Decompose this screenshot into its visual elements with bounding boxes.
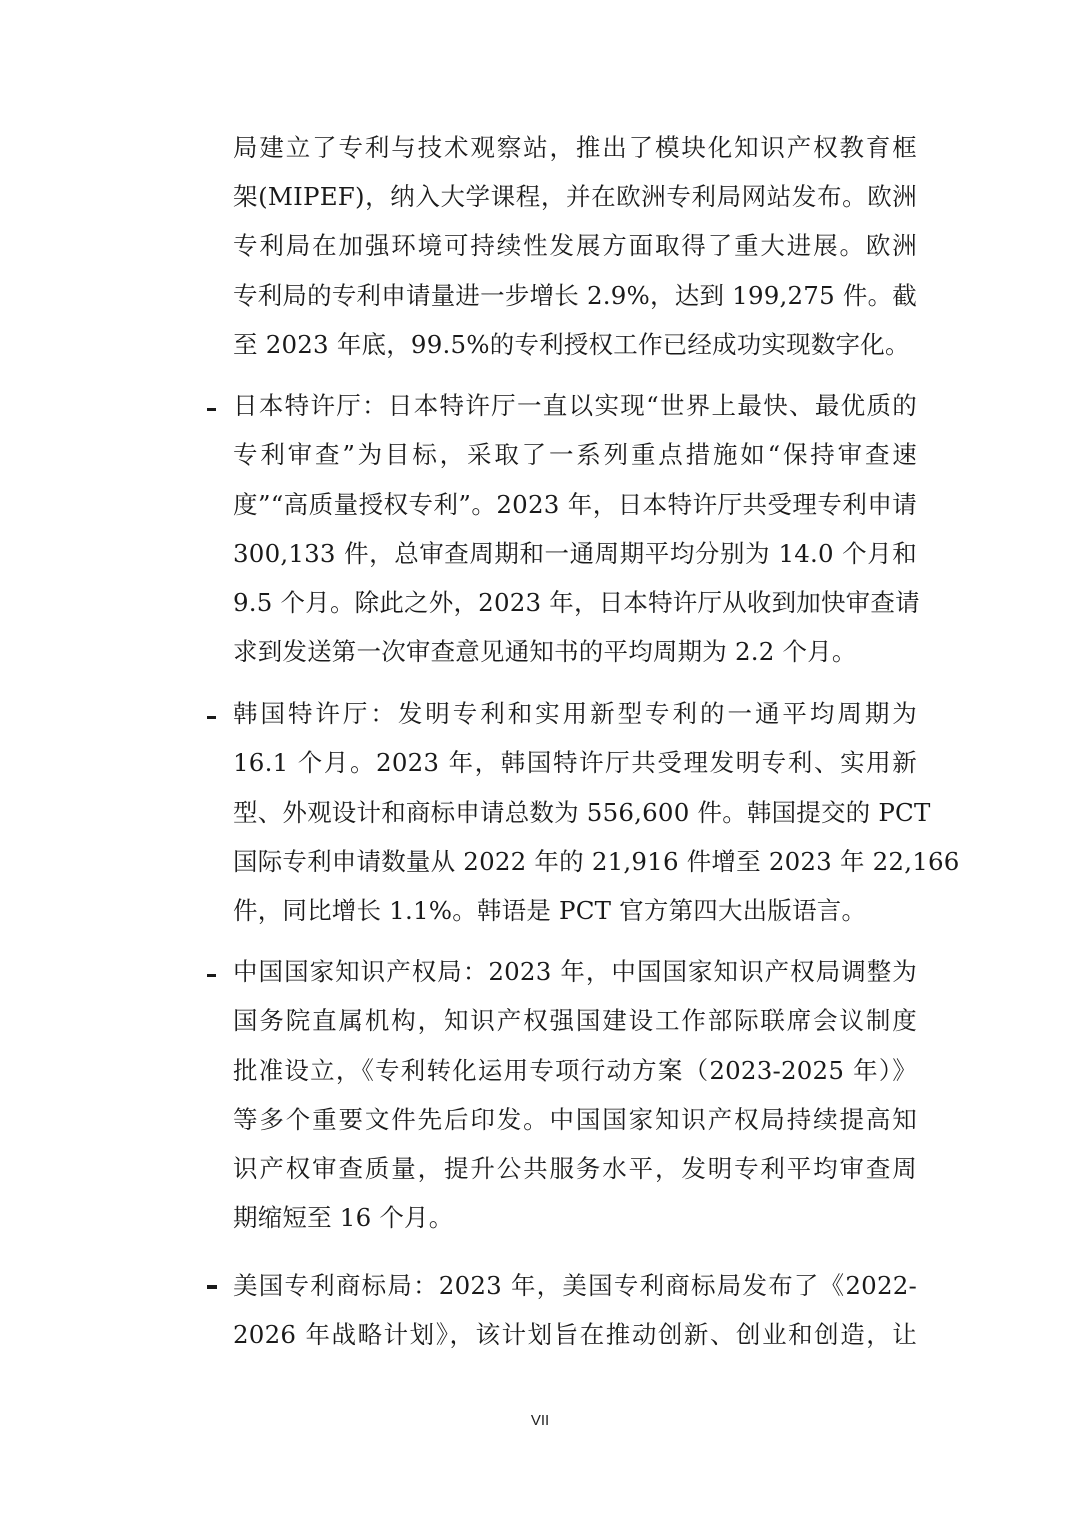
text-line: 度”“高质量授权专利”。2023 年，日本特许厅共受理专利申请 <box>233 485 917 525</box>
text-line: 日本特许厅：日本特许厅一直以实现“世界上最快、最优质的 <box>233 386 917 426</box>
text-line: 等多个重要文件先后印发。中国国家知识产权局持续提高知 <box>233 1100 917 1140</box>
document-page: 局建立了专利与技术观察站，推出了模块化知识产权教育框 架(MIPEF)，纳入大学… <box>0 0 1080 1528</box>
text-line: 国务院直属机构，知识产权强国建设工作部际联席会议制度 <box>233 1001 917 1041</box>
text-line: 专利局在加强环境可持续性发展方面取得了重大进展。欧洲 <box>233 226 917 266</box>
page-number: VII <box>0 1412 1080 1429</box>
bullet-marker-icon <box>207 408 216 411</box>
text-line: 局建立了专利与技术观察站，推出了模块化知识产权教育框 <box>233 128 917 168</box>
text-line: 件，同比增长 1.1%。韩语是 PCT 官方第四大出版语言。 <box>233 891 917 931</box>
bullet-marker-icon <box>207 974 216 977</box>
text-line: 专利审查”为目标，采取了一系列重点措施如“保持审查速 <box>233 435 917 475</box>
text-line: 2026 年战略计划》，该计划旨在推动创新、创业和创造，让 <box>233 1315 917 1355</box>
text-line: 国际专利申请数量从 2022 年的 21,916 件增至 2023 年 22,1… <box>233 842 917 882</box>
text-line: 中国国家知识产权局：2023 年，中国国家知识产权局调整为 <box>233 952 917 992</box>
text-line: 9.5 个月。除此之外，2023 年，日本特许厅从收到加快审查请 <box>233 583 917 623</box>
text-line: 架(MIPEF)，纳入大学课程，并在欧洲专利局网站发布。欧洲 <box>233 177 917 217</box>
text-line: 求到发送第一次审查意见通知书的平均周期为 2.2 个月。 <box>233 632 917 672</box>
text-line: 300,133 件，总审查周期和一通周期平均分别为 14.0 个月和 <box>233 534 917 574</box>
text-line: 型、外观设计和商标申请总数为 556,600 件。韩国提交的 PCT <box>233 793 917 833</box>
bullet-marker-icon <box>207 716 216 719</box>
text-line: 期缩短至 16 个月。 <box>233 1198 917 1238</box>
text-line: 批准设立，《专利转化运用专项行动方案（2023-2025 年）》 <box>233 1051 917 1091</box>
text-line: 韩国特许厅：发明专利和实用新型专利的一通平均周期为 <box>233 694 917 734</box>
text-line: 16.1 个月。2023 年，韩国特许厅共受理发明专利、实用新 <box>233 743 917 783</box>
bullet-marker-icon <box>207 1285 217 1289</box>
text-line: 识产权审查质量，提升公共服务水平，发明专利平均审查周 <box>233 1149 917 1189</box>
text-line: 至 2023 年底，99.5%的专利授权工作已经成功实现数字化。 <box>233 325 917 365</box>
text-line: 美国专利商标局：2023 年，美国专利商标局发布了《2022- <box>233 1266 917 1306</box>
text-line: 专利局的专利申请量进一步增长 2.9%，达到 199,275 件。截 <box>233 276 917 316</box>
